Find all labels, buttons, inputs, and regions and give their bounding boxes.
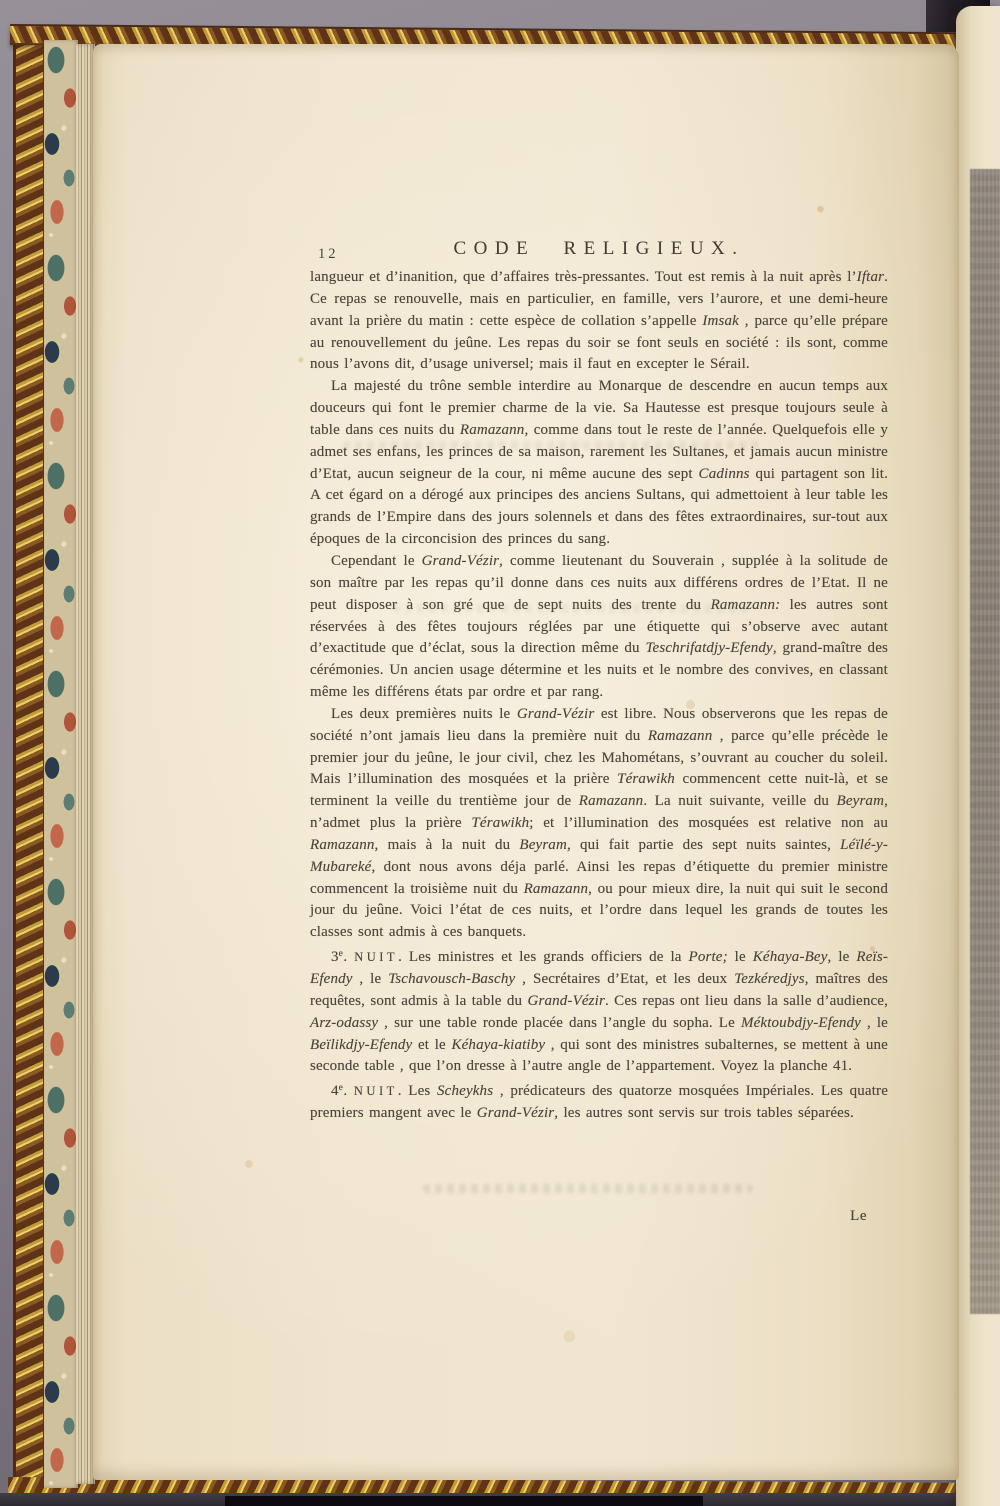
paragraph: langueur et d’inanition, que d’affaires … <box>310 267 888 376</box>
facing-page-engraving <box>970 169 1000 1314</box>
show-through-smudge <box>423 1184 753 1193</box>
page-header: 12 CODE RELIGIEUX. <box>310 238 888 268</box>
running-title: CODE RELIGIEUX. <box>310 238 888 260</box>
facing-page-edge <box>956 6 1000 1506</box>
show-through-smudge <box>343 441 763 450</box>
catchword: Le <box>850 1208 867 1225</box>
page-number: 12 <box>318 246 339 263</box>
paragraph: 3e. Nuit. Les ministres et les grands of… <box>310 944 888 1078</box>
paragraph: Cependant le Grand-Vézir, comme lieutena… <box>310 551 888 704</box>
photo-background: 12 CODE RELIGIEUX. langueur et d’inaniti… <box>0 0 1000 1506</box>
paragraph: La majesté du trône semble interdire au … <box>310 376 888 551</box>
book-page: 12 CODE RELIGIEUX. langueur et d’inaniti… <box>93 44 959 1480</box>
show-through-smudge <box>393 604 753 613</box>
text-block: langueur et d’inanition, que d’affaires … <box>310 267 888 1125</box>
marbled-endpaper <box>44 40 78 1488</box>
paragraph: 4e. Nuit. Les Scheykhs , prédicateurs de… <box>310 1078 888 1125</box>
bottom-shadow-black <box>225 1496 703 1506</box>
paragraph: Les deux premières nuits le Grand-Vézir … <box>310 704 888 944</box>
binding-left-edge <box>13 26 46 1492</box>
